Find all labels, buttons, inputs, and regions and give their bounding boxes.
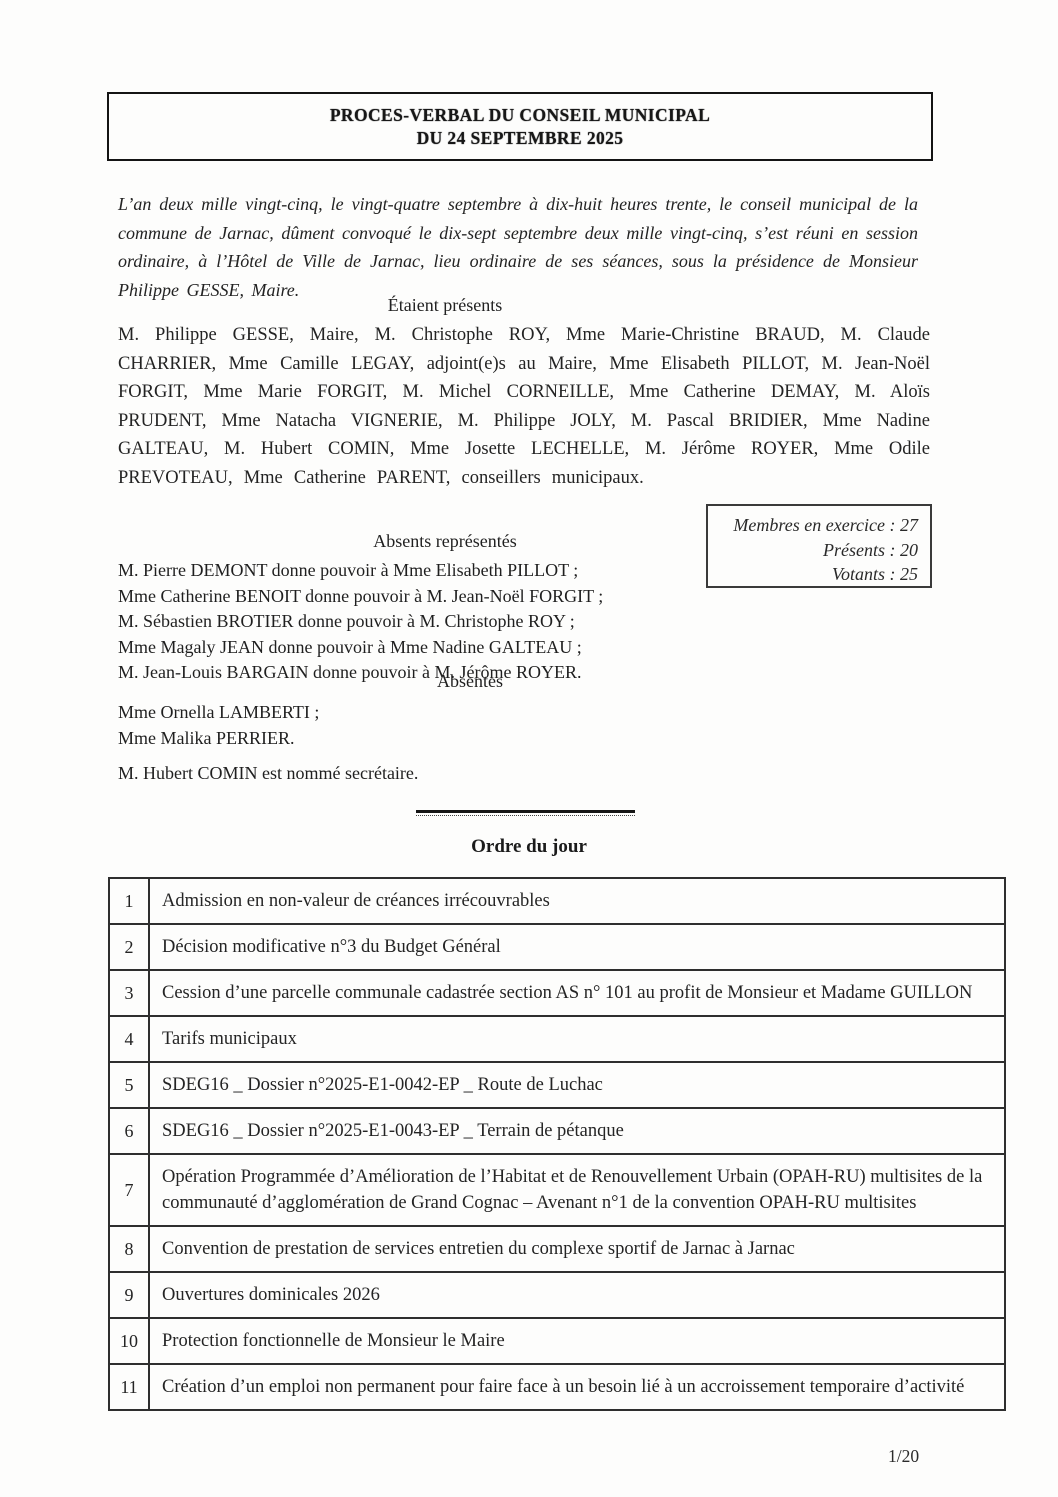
agenda-item-text: Convention de prestation de services ent… bbox=[149, 1226, 1005, 1272]
agenda-item-text: Protection fonctionnelle de Monsieur le … bbox=[149, 1318, 1005, 1364]
agenda-row: 9 Ouvertures dominicales 2026 bbox=[109, 1272, 1005, 1318]
intro-paragraph: L’an deux mille vingt-cinq, le vingt-qua… bbox=[118, 190, 918, 304]
section-divider bbox=[416, 810, 635, 816]
agenda-row: 7 Opération Programmée d’Amélioration de… bbox=[109, 1154, 1005, 1226]
agenda-item-number: 11 bbox=[109, 1364, 149, 1410]
quorum-box: Membres en exercice : 27 Présents : 20 V… bbox=[706, 504, 932, 588]
agenda-item-text: Création d’un emploi non permanent pour … bbox=[149, 1364, 1005, 1410]
agenda-row: 5 SDEG16 _ Dossier n°2025-E1-0042-EP _ R… bbox=[109, 1062, 1005, 1108]
agenda-item-text: Décision modificative n°3 du Budget Géné… bbox=[149, 924, 1005, 970]
absent-represented-line: M. Sébastien BROTIER donne pouvoir à M. … bbox=[118, 609, 603, 635]
agenda-row: 8 Convention de prestation de services e… bbox=[109, 1226, 1005, 1272]
agenda-table: 1 Admission en non-valeur de créances ir… bbox=[108, 877, 1006, 1411]
present-list: M. Philippe GESSE, Maire, M. Christophe … bbox=[118, 321, 930, 492]
agenda-item-number: 7 bbox=[109, 1154, 149, 1226]
agenda-item-number: 5 bbox=[109, 1062, 149, 1108]
quorum-members-count: Membres en exercice : 27 bbox=[714, 513, 918, 538]
agenda-row: 11 Création d’un emploi non permanent po… bbox=[109, 1364, 1005, 1410]
agenda-item-text: Opération Programmée d’Amélioration de l… bbox=[149, 1154, 1005, 1226]
header-banner: PROCES-VERBAL DU CONSEIL MUNICIPAL DU 24… bbox=[107, 92, 933, 161]
banner-title-line2: DU 24 SEPTEMBRE 2025 bbox=[417, 127, 624, 150]
present-heading: Étaient présents bbox=[0, 295, 890, 316]
agenda-item-number: 8 bbox=[109, 1226, 149, 1272]
quorum-present-count: Présents : 20 bbox=[714, 538, 918, 563]
agenda-item-number: 3 bbox=[109, 970, 149, 1016]
absent-represented-list: M. Pierre DEMONT donne pouvoir à Mme Eli… bbox=[118, 558, 603, 686]
agenda-row: 10 Protection fonctionnelle de Monsieur … bbox=[109, 1318, 1005, 1364]
agenda-item-number: 2 bbox=[109, 924, 149, 970]
agenda-row: 2 Décision modificative n°3 du Budget Gé… bbox=[109, 924, 1005, 970]
agenda-item-text: SDEG16 _ Dossier n°2025-E1-0043-EP _ Ter… bbox=[149, 1108, 1005, 1154]
document-page: PROCES-VERBAL DU CONSEIL MUNICIPAL DU 24… bbox=[0, 0, 1058, 1497]
page-number: 1/20 bbox=[888, 1446, 919, 1467]
agenda-row: 1 Admission en non-valeur de créances ir… bbox=[109, 878, 1005, 924]
agenda-row: 4 Tarifs municipaux bbox=[109, 1016, 1005, 1062]
absent-line: Mme Malika PERRIER. bbox=[118, 725, 319, 751]
quorum-voters-count: Votants : 25 bbox=[714, 562, 918, 587]
agenda-item-number: 1 bbox=[109, 878, 149, 924]
agenda-item-number: 6 bbox=[109, 1108, 149, 1154]
secretary-note: M. Hubert COMIN est nommé secrétaire. bbox=[118, 763, 418, 784]
agenda-heading: Ordre du jour bbox=[0, 836, 1058, 858]
agenda-item-text: SDEG16 _ Dossier n°2025-E1-0042-EP _ Rou… bbox=[149, 1062, 1005, 1108]
absent-line: Mme Ornella LAMBERTI ; bbox=[118, 699, 319, 725]
absent-list: Mme Ornella LAMBERTI ; Mme Malika PERRIE… bbox=[118, 699, 319, 751]
agenda-item-number: 4 bbox=[109, 1016, 149, 1062]
agenda-item-text: Tarifs municipaux bbox=[149, 1016, 1005, 1062]
agenda-item-text: Cession d’une parcelle communale cadastr… bbox=[149, 970, 1005, 1016]
absent-heading: Absentes bbox=[0, 671, 940, 692]
absent-represented-line: M. Pierre DEMONT donne pouvoir à Mme Eli… bbox=[118, 558, 603, 584]
absent-represented-line: Mme Catherine BENOIT donne pouvoir à M. … bbox=[118, 584, 603, 610]
absent-represented-line: Mme Magaly JEAN donne pouvoir à Mme Nadi… bbox=[118, 635, 603, 661]
agenda-row: 3 Cession d’une parcelle communale cadas… bbox=[109, 970, 1005, 1016]
agenda-item-number: 10 bbox=[109, 1318, 149, 1364]
agenda-row: 6 SDEG16 _ Dossier n°2025-E1-0043-EP _ T… bbox=[109, 1108, 1005, 1154]
banner-title-line1: PROCES-VERBAL DU CONSEIL MUNICIPAL bbox=[330, 104, 710, 127]
agenda-item-number: 9 bbox=[109, 1272, 149, 1318]
agenda-item-text: Admission en non-valeur de créances irré… bbox=[149, 878, 1005, 924]
agenda-item-text: Ouvertures dominicales 2026 bbox=[149, 1272, 1005, 1318]
